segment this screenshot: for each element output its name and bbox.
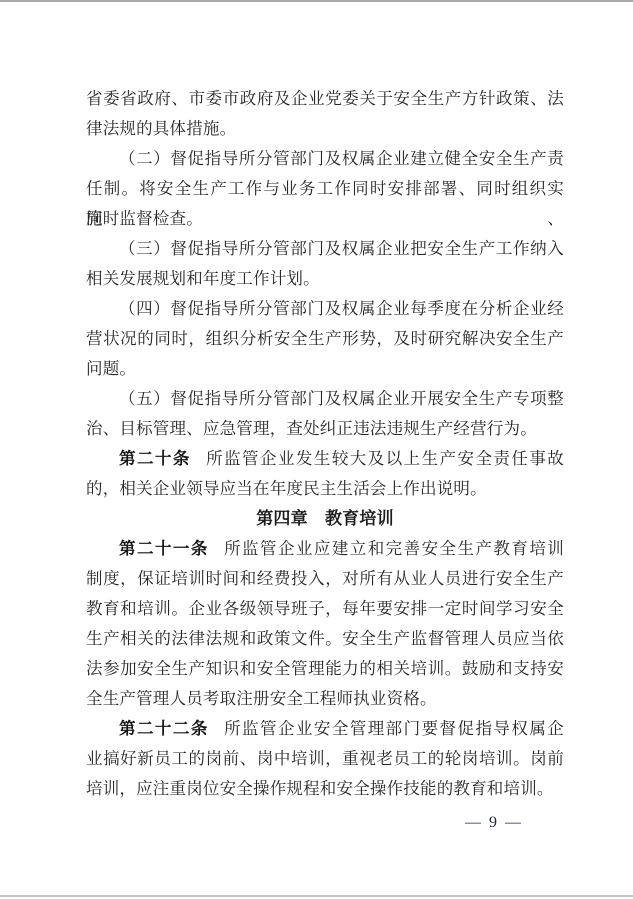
text-line: 相关发展规划和年度工作计划。 bbox=[86, 264, 564, 294]
scan-edge-bottom bbox=[0, 895, 633, 897]
text-line: （五）督促指导所分管部门及权属企业开展安全生产专项整 bbox=[86, 384, 564, 414]
chapter-heading: 第四章 教育培训 bbox=[86, 504, 564, 534]
text-line: 营状况的同时，组织分析安全生产形势，及时研究解决安全生产 bbox=[86, 324, 564, 354]
article-number-label: 第二十二条 bbox=[119, 720, 209, 738]
document-page: 省委省政府、市委市政府及企业党委关于安全生产方针政策、法律法规的具体措施。（二）… bbox=[0, 0, 633, 899]
text-line: 第二十条所监管企业发生较大及以上生产安全责任事故 bbox=[86, 444, 564, 474]
text-line: （四）督促指导所分管部门及权属企业每季度在分析企业经 bbox=[86, 294, 564, 324]
text-line: 省委省政府、市委市政府及企业党委关于安全生产方针政策、法 bbox=[86, 84, 564, 114]
article-number-label: 第二十条 bbox=[119, 450, 191, 468]
text-line: 法参加安全生产知识和安全管理能力的相关培训。鼓励和支持安 bbox=[86, 654, 564, 684]
text-line: （三）督促指导所分管部门及权属企业把安全生产工作纳入 bbox=[86, 234, 564, 264]
text-line: 第二十一条所监管企业应建立和完善安全生产教育培训 bbox=[86, 534, 564, 564]
page-number: — 9 — bbox=[0, 808, 523, 838]
text-line: （二）督促指导所分管部门及权属企业建立健全安全生产责 bbox=[86, 144, 564, 174]
document-body: 省委省政府、市委市政府及企业党委关于安全生产方针政策、法律法规的具体措施。（二）… bbox=[86, 84, 564, 804]
text-line: 治、目标管理、应急管理，查处纠正违法违规生产经营行为。 bbox=[86, 414, 564, 444]
text-line: 业搞好新员工的岗前、岗中培训，重视老员工的轮岗培训。岗前 bbox=[86, 744, 564, 774]
text-line: 第二十二条所监管企业安全管理部门要督促指导权属企 bbox=[86, 714, 564, 744]
text-line: 任制。将安全生产工作与业务工作同时安排部署、同时组织实施、 bbox=[86, 174, 564, 204]
text-line: 全生产管理人员考取注册安全工程师执业资格。 bbox=[86, 684, 564, 714]
scan-edge-top bbox=[0, 0, 633, 2]
text-line: 问题。 bbox=[86, 354, 564, 384]
text-line: 教育和培训。企业各级领导班子，每年要安排一定时间学习安全 bbox=[86, 594, 564, 624]
text-line: 培训，应注重岗位安全操作规程和安全操作技能的教育和培训。 bbox=[86, 774, 564, 804]
text-line: 制度，保证培训时间和经费投入，对所有从业人员进行安全生产 bbox=[86, 564, 564, 594]
text-line: 的，相关企业领导应当在年度民主生活会上作出说明。 bbox=[86, 474, 564, 504]
text-line: 律法规的具体措施。 bbox=[86, 114, 564, 144]
article-number-label: 第二十一条 bbox=[119, 540, 209, 558]
text-line: 生产相关的法律法规和政策文件。安全生产监督管理人员应当依 bbox=[86, 624, 564, 654]
